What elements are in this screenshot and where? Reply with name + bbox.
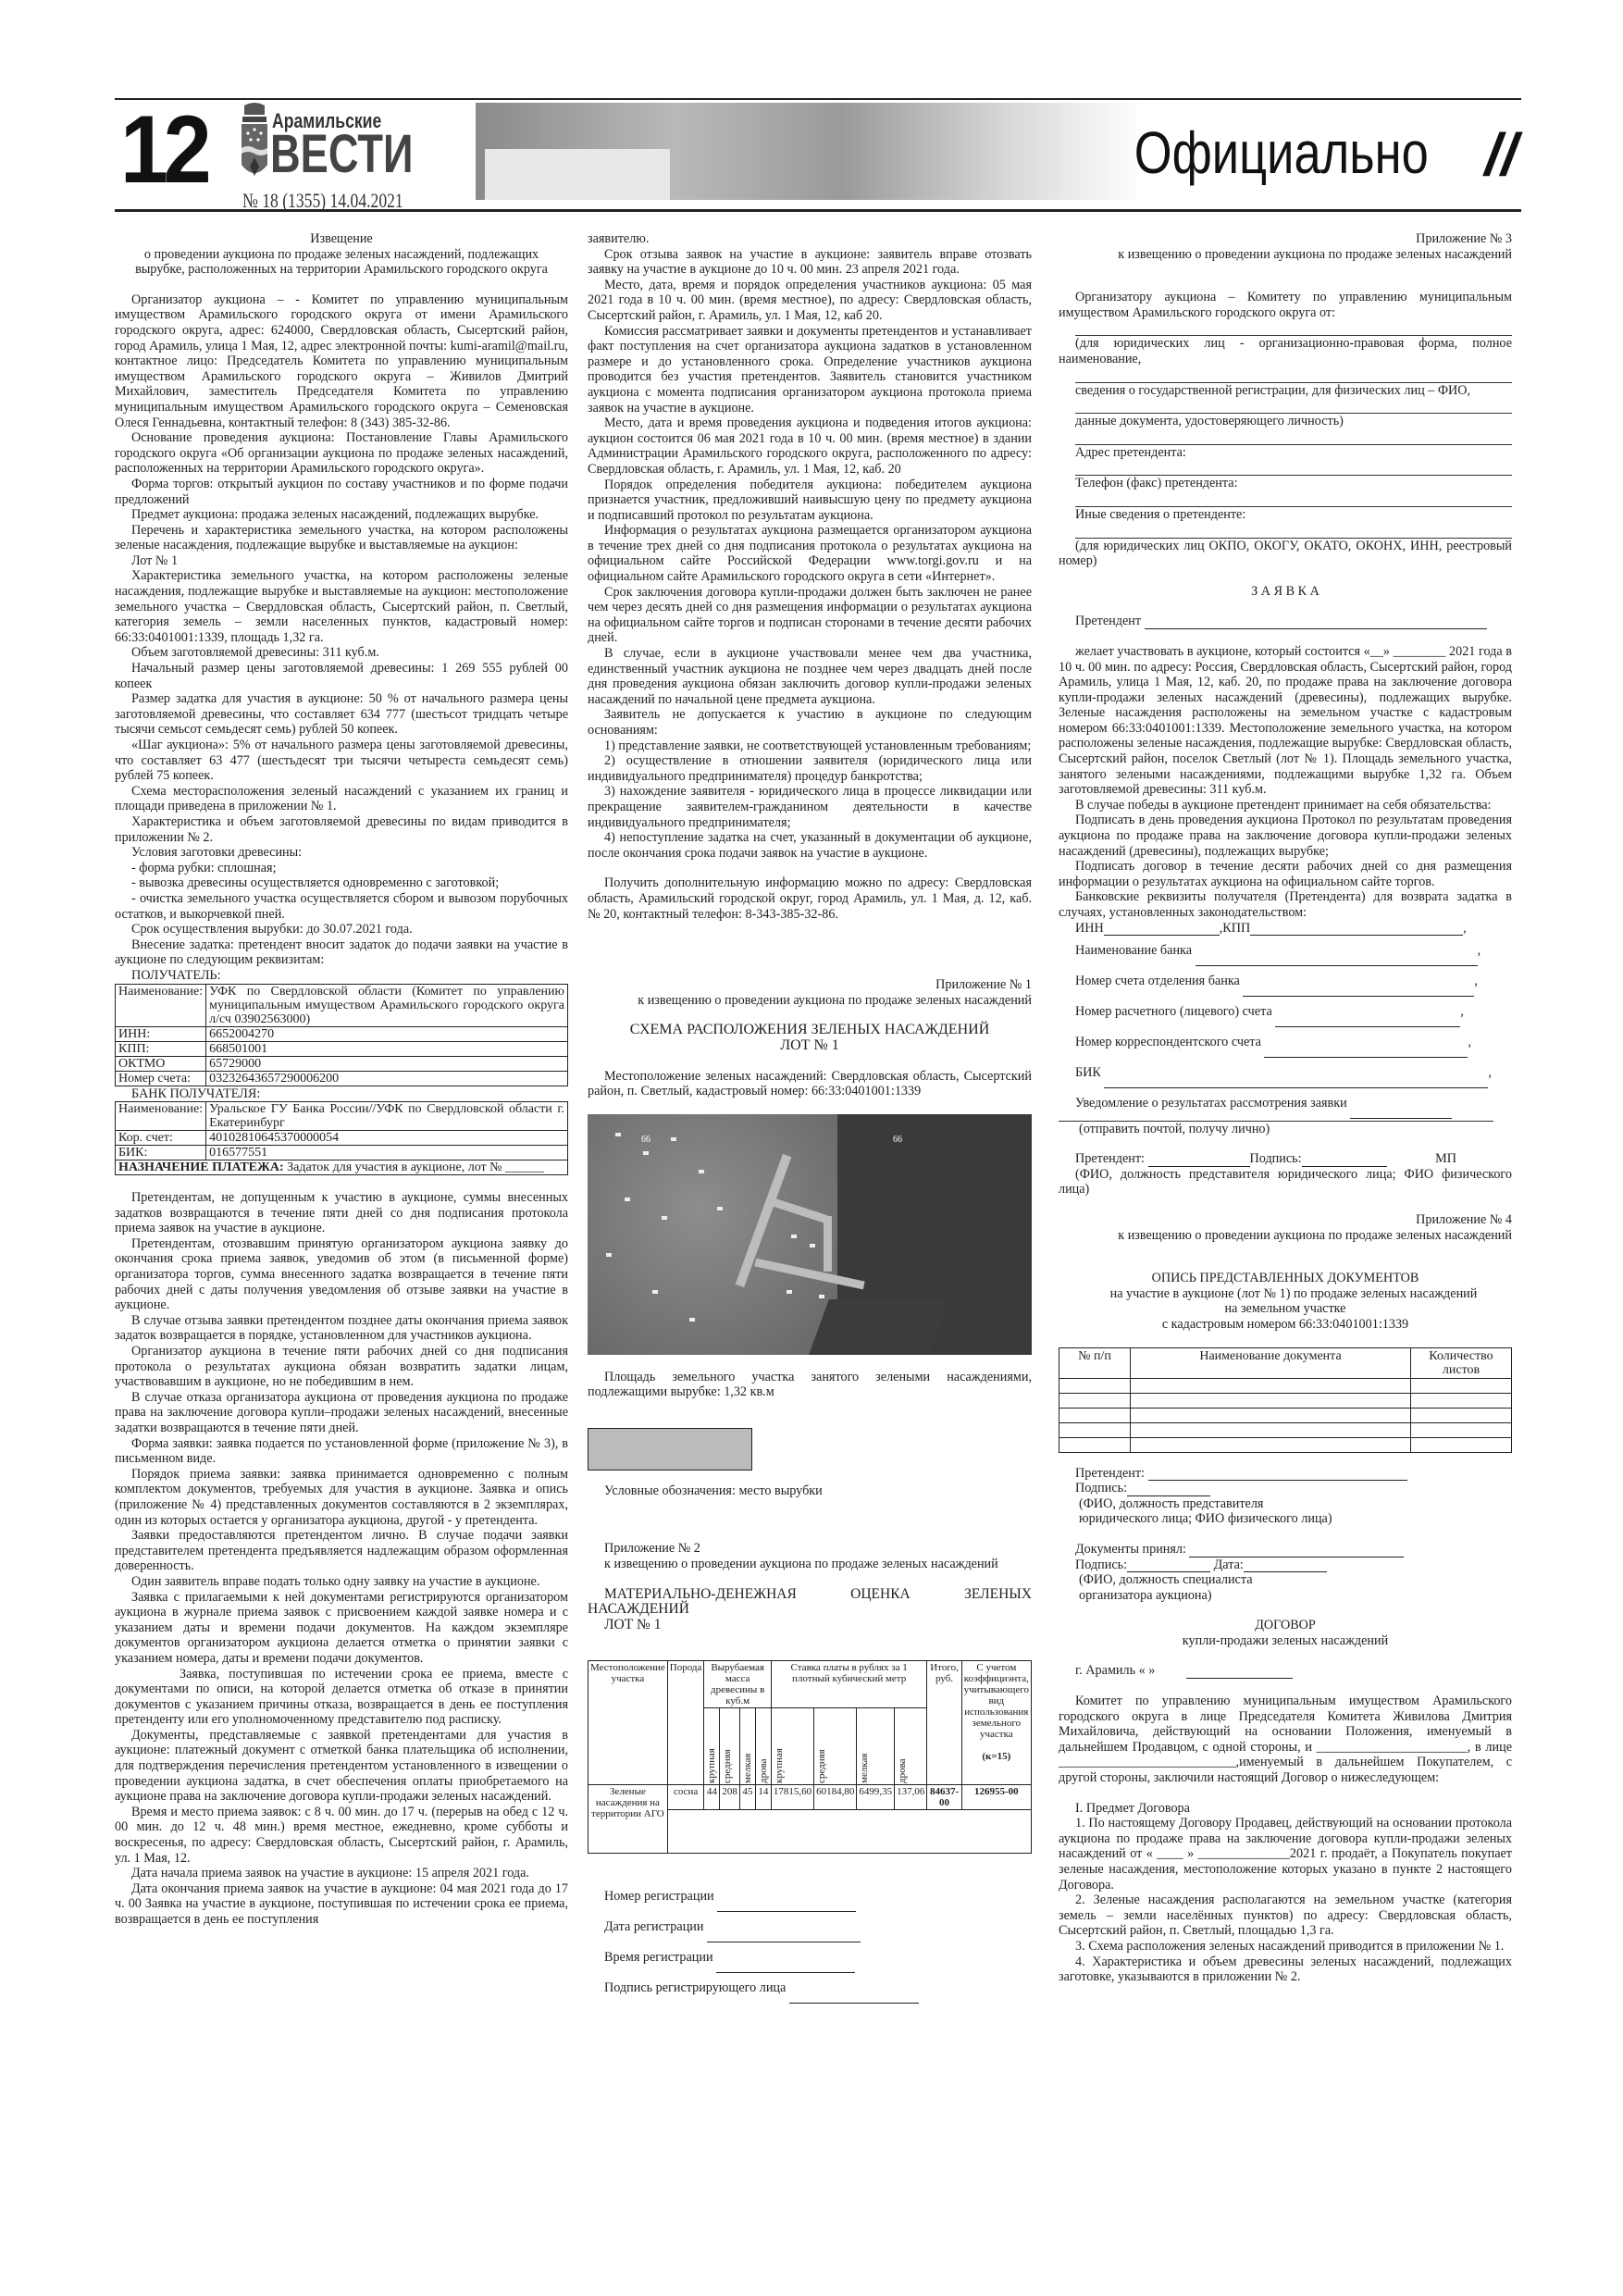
- bank-heading: БАНК ПОЛУЧАТЕЛЯ:: [115, 1086, 568, 1102]
- settlement-account-field[interactable]: Номер расчетного (лицевого) счета ,: [1075, 997, 1512, 1027]
- paragraph: Форма заявки: заявка подается по установ…: [115, 1436, 568, 1467]
- paragraph: 2) осуществление в отношении заявителя (…: [588, 753, 1032, 784]
- table-row: НАЗНАЧЕНИЕ ПЛАТЕЖА: Задаток для участия …: [116, 1160, 568, 1175]
- bank-table: Наименование:Уральское ГУ Банка России//…: [115, 1101, 568, 1175]
- paragraph: Информация о результатах аукциона размещ…: [588, 523, 1032, 584]
- applicant-line[interactable]: [1075, 367, 1512, 383]
- appendix1-ref: к извещению о проведении аукциона по про…: [588, 993, 1032, 1009]
- registration-signature-field[interactable]: Подпись регистрирующего лица: [604, 1973, 1032, 2004]
- corr-account-field[interactable]: Номер корреспондентского счета ,: [1075, 1027, 1512, 1058]
- paragraph: - вывозка древесины осуществляется однов…: [115, 875, 568, 891]
- table-row: ОКТМО65729000: [116, 1056, 568, 1071]
- paragraph: Заявитель не допускается к участию в аук…: [588, 707, 1032, 738]
- payment-purpose-label: НАЗНАЧЕНИЕ ПЛАТЕЖА:: [118, 1160, 284, 1174]
- appendix1-lot: ЛОТ № 1: [588, 1038, 1032, 1054]
- paragraph: Объем заготовляемой древесины: 311 куб.м…: [115, 645, 568, 661]
- column-notice: Извещение о проведении аукциона по прода…: [115, 231, 568, 1928]
- appendix2-label: Приложение № 2: [588, 1541, 1032, 1557]
- paragraph: Претендентам, отозвавшим принятую органи…: [115, 1236, 568, 1313]
- inventory-table: № п/п Наименование документа Количество …: [1059, 1347, 1512, 1453]
- paragraph: Условия заготовки древесины:: [115, 845, 568, 861]
- paragraph: Порядок определения победителя аукциона:…: [588, 478, 1032, 524]
- paragraph: Срок отзыва заявок на участие в аукционе…: [588, 247, 1032, 278]
- paragraph: Заявки предоставляются претендентом личн…: [115, 1528, 568, 1574]
- table-row[interactable]: [1059, 1422, 1512, 1437]
- registration-date-field[interactable]: Дата регистрации: [604, 1912, 1032, 1942]
- column-middle: заявителю. Срок отзыва заявок на участие…: [588, 231, 1032, 2004]
- paragraph: - форма рубки: сплошная;: [115, 861, 568, 876]
- coat-of-arms-icon: [239, 102, 270, 185]
- contract-subtitle: купли-продажи зеленых насаждений: [1059, 1633, 1512, 1649]
- paragraph: Дата начала приема заявок на участие в а…: [115, 1866, 568, 1881]
- paragraph: Заявка, поступившая по истечении срока е…: [115, 1667, 568, 1728]
- valuation-table: Местоположение участка Порода Вырубаемая…: [588, 1660, 1032, 1854]
- paragraph: Место, дата, время и порядок определения…: [588, 278, 1032, 324]
- notification-hint: (отправить почтой, получу лично): [1059, 1122, 1512, 1137]
- appendix3-to: Организатору аукциона – Комитету по упра…: [1059, 290, 1512, 320]
- paragraph: Организатор аукциона – - Комитет по упра…: [115, 292, 568, 430]
- table-row[interactable]: [1059, 1437, 1512, 1452]
- application-title: З А Я В К А: [1059, 584, 1512, 600]
- appendix1-location: Местоположение зеленых насаждений: Сверд…: [588, 1069, 1032, 1099]
- paragraph: заявителю.: [588, 231, 1032, 247]
- phone-line[interactable]: [1075, 491, 1512, 507]
- paragraph: Размер задатка для участия в аукционе: 5…: [115, 691, 568, 738]
- paragraph: Комиссия рассматривает заявки и документ…: [588, 324, 1032, 416]
- paragraph: Дата окончания приема заявок на участие …: [115, 1881, 568, 1928]
- appendix2-ref: к извещению о проведении аукциона по про…: [588, 1557, 1032, 1572]
- paragraph: Внесение задатка: претендент вносит зада…: [115, 937, 568, 968]
- appendix2-lot: ЛОТ № 1: [588, 1618, 1032, 1633]
- paragraph: Основание проведения аукциона: Постановл…: [115, 430, 568, 477]
- registration-number-field[interactable]: Номер регистрации: [604, 1881, 1032, 1912]
- map-label: 66: [893, 1133, 902, 1148]
- notice-paragraphs-2: Претендентам, не допущенным к участию в …: [115, 1190, 568, 1928]
- contract-clause: 2. Зеленые насаждения располагаются на з…: [1059, 1893, 1512, 1939]
- paragraph: В случае отказа организатора аукциона от…: [115, 1390, 568, 1436]
- paragraph: «Шаг аукциона»: 5% от начального размера…: [115, 738, 568, 784]
- other-info-line[interactable]: [1075, 523, 1512, 539]
- appendix3-ref: к извещению о проведении аукциона по про…: [1059, 247, 1512, 263]
- brand-logo: ВЕСТИ: [270, 128, 414, 181]
- table-row: Номер счета:03232643657290006200: [116, 1071, 568, 1086]
- paragraph: Лот № 1: [115, 553, 568, 569]
- table-row: БИК:016577551: [116, 1146, 568, 1160]
- inventory-applicant-field[interactable]: Претендент:: [1075, 1466, 1512, 1482]
- table-row[interactable]: [1059, 1378, 1512, 1393]
- paragraph: Начальный размер цены заготовляемой древ…: [115, 661, 568, 691]
- table-row: Наименование:Уральское ГУ Банка России//…: [116, 1102, 568, 1131]
- paragraph: Характеристика и объем заготовляемой дре…: [115, 814, 568, 845]
- appendix3-label: Приложение № 3: [1059, 231, 1512, 247]
- application-signature-row[interactable]: Претендент: Подпись:МП: [1059, 1151, 1512, 1167]
- paragraph: В случае отзыва заявки претендентом позд…: [115, 1313, 568, 1344]
- stamp-label: МП: [1419, 1151, 1512, 1167]
- contract-section-1: I. Предмет Договора: [1059, 1801, 1512, 1817]
- paragraph: Заявка с прилагаемыми к ней документами …: [115, 1590, 568, 1667]
- paragraph: 4) непоступление задатка на счет, указан…: [588, 830, 1032, 861]
- contract-city-date[interactable]: г. Арамиль « »: [1059, 1663, 1512, 1679]
- bottom-rule: [115, 209, 1521, 212]
- paragraph: Претендентам, не допущенным к участию в …: [115, 1190, 568, 1236]
- paragraph: Форма торгов: открытый аукцион по состав…: [115, 477, 568, 507]
- paragraph: Документы, представляемые с заявкой прет…: [115, 1728, 568, 1805]
- paragraph: Место, дата и время проведения аукциона …: [588, 416, 1032, 477]
- contract-clause: 3. Схема расположения зеленых насаждений…: [1059, 1939, 1512, 1955]
- registration-time-field[interactable]: Время регистрации: [604, 1942, 1032, 1973]
- contract-clause: 4. Характеристика и объем древесины зеле…: [1059, 1955, 1512, 1985]
- paragraph: 1) представление заявки, не соответствую…: [588, 738, 1032, 754]
- map-label: 66: [641, 1133, 650, 1148]
- accepted-signature-date-field[interactable]: Подпись: Дата:: [1075, 1558, 1512, 1573]
- notice-subtitle: о проведении аукциона по продаже зеленых…: [115, 247, 568, 278]
- table-row[interactable]: [1059, 1408, 1512, 1422]
- paragraph: Перечень и характеристика земельного уча…: [115, 523, 568, 553]
- contract-title: ДОГОВОР: [1059, 1618, 1512, 1633]
- applicant-line[interactable]: [1075, 398, 1512, 414]
- paragraph: - очистка земельного участка осуществляе…: [115, 891, 568, 922]
- paragraph: Схема месторасположения зеленый насажден…: [115, 784, 568, 814]
- registration-fields: Номер регистрации Дата регистрации Время…: [588, 1881, 1032, 2004]
- table-row: Зеленые насаждения на территории АГО сос…: [588, 1785, 1032, 1810]
- inn-kpp-field[interactable]: ИНН,КПП,: [1075, 921, 1512, 936]
- masthead: 12 Арамильские ВЕСТИ № 18 (1355) 14.04.2…: [115, 100, 1521, 211]
- application-body: желает участвовать в аукционе, который с…: [1059, 644, 1512, 798]
- address-line[interactable]: [1075, 460, 1512, 476]
- paragraph: Характеристика земельного участка, на ко…: [115, 568, 568, 645]
- recipient-heading: ПОЛУЧАТЕЛЬ:: [115, 968, 568, 984]
- legend-swatch: [588, 1428, 752, 1471]
- appendix1-label: Приложение № 1: [588, 977, 1032, 993]
- contract-clause: 1. По настоящему Договору Продавец, дейс…: [1059, 1816, 1512, 1893]
- paragraph: Срок осуществления вырубки: до 30.07.202…: [115, 922, 568, 937]
- contract-preamble: Комитет по управлению муниципальным имущ…: [1059, 1694, 1512, 1786]
- paragraph: Срок заключения договора купли-продажи д…: [588, 585, 1032, 646]
- appendix4-ref: к извещению о проведении аукциона по про…: [1059, 1228, 1512, 1244]
- paragraph: 3) нахождение заявителя - юридического л…: [588, 784, 1032, 830]
- accepted-by-field[interactable]: Документы принял:: [1075, 1542, 1512, 1558]
- applicant-field[interactable]: Претендент: [1059, 614, 1512, 629]
- contact-info: Получить дополнительную информацию можно…: [588, 875, 1032, 922]
- table-row: Наименование:УФК по Свердловской области…: [116, 984, 568, 1026]
- table-row: КПП:668501001: [116, 1041, 568, 1056]
- paragraph: Время и место приема заявок: с 8 ч. 00 м…: [115, 1805, 568, 1866]
- banner-photo: [476, 103, 1142, 200]
- signature-hint: (ФИО, должность представителя юридическо…: [1059, 1167, 1512, 1198]
- appendix1-area: Площадь земельного участка занятого зеле…: [588, 1370, 1032, 1400]
- section-mark: //: [1484, 120, 1518, 189]
- paragraph: В случае, если в аукционе участвовали ме…: [588, 646, 1032, 707]
- applicant-line[interactable]: [1075, 429, 1512, 445]
- notice-paragraphs: Организатор аукциона – - Комитет по упра…: [115, 292, 568, 984]
- applicant-line[interactable]: [1075, 320, 1512, 336]
- appendix2-title: МАТЕРИАЛЬНО-ДЕНЕЖНАЯ ОЦЕНКА ЗЕЛЕНЫХ НАСА…: [588, 1587, 1032, 1618]
- table-row[interactable]: [1059, 1393, 1512, 1408]
- branch-account-field[interactable]: Номер счета отделения банка ,: [1075, 966, 1512, 997]
- inventory-signature-field[interactable]: Подпись:: [1075, 1481, 1512, 1496]
- table-row: Кор. счет:40102810645370000054: [116, 1131, 568, 1146]
- satellite-map: 66 66: [588, 1114, 1032, 1355]
- table-row: ИНН:6652004270: [116, 1026, 568, 1041]
- page-number: 12: [120, 105, 206, 194]
- bank-name-field[interactable]: Наименование банка ,: [1075, 936, 1512, 966]
- section-title: Официально: [1134, 118, 1429, 187]
- notice-title: Извещение: [115, 231, 568, 247]
- column-forms: Приложение № 3 к извещению о проведении …: [1059, 231, 1512, 1985]
- bank-fields: ИНН,КПП, Наименование банка , Номер счет…: [1059, 921, 1512, 1119]
- notification-field[interactable]: Уведомление о результатах рассмотрения з…: [1075, 1088, 1512, 1119]
- bik-field[interactable]: БИК ,: [1075, 1058, 1512, 1088]
- appendix1-legend: Условные обозначения: место вырубки: [588, 1483, 1032, 1499]
- paragraph: Один заявитель вправе подать только одну…: [115, 1574, 568, 1590]
- codes-note: (для юридических лиц ОКПО, ОКОГУ, ОКАТО,…: [1059, 539, 1512, 569]
- paragraph: Организатор аукциона в течение пяти рабо…: [115, 1344, 568, 1390]
- paragraph: Предмет аукциона: продажа зеленых насажд…: [115, 507, 568, 523]
- appendix1-title: СХЕМА РАСПОЛОЖЕНИЯ ЗЕЛЕНЫХ НАСАЖДЕНИЙ: [588, 1023, 1032, 1038]
- appendix4-label: Приложение № 4: [1059, 1212, 1512, 1228]
- payment-purpose-value: Задаток для участия в аукционе, лот № __…: [287, 1160, 544, 1174]
- recipient-table: Наименование:УФК по Свердловской области…: [115, 984, 568, 1086]
- inventory-title: ОПИСЬ ПРЕДСТАВЛЕННЫХ ДОКУМЕНТОВ: [1059, 1271, 1512, 1286]
- paragraph: Порядок приема заявки: заявка принимаетс…: [115, 1467, 568, 1528]
